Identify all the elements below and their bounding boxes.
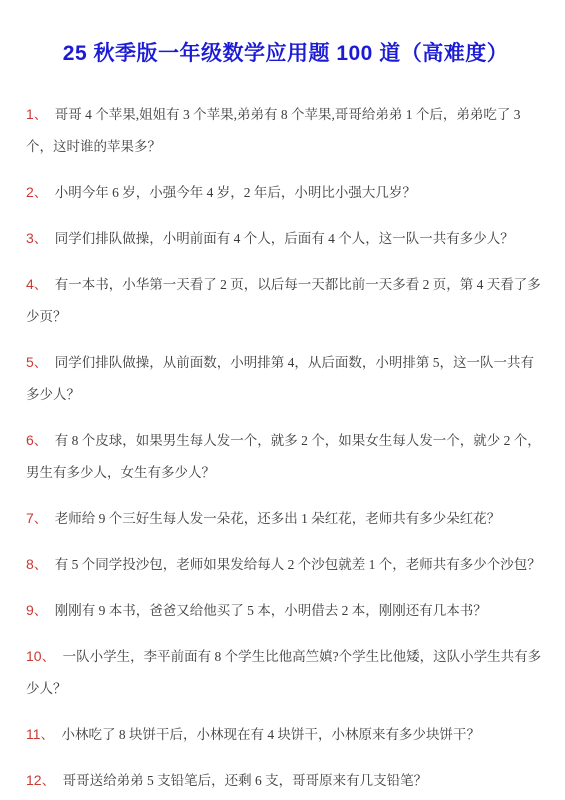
question-text: 哥哥 4 个苹果,姐姐有 3 个苹果,弟弟有 8 个苹果,哥哥给弟弟 1 个后，… (26, 107, 521, 154)
question-text: 同学们排队做操，小明前面有 4 个人，后面有 4 个人，这一队一共有多少人？ (55, 231, 514, 246)
question-number: 7、 (26, 510, 48, 526)
question-item-1: 1、哥哥 4 个苹果,姐姐有 3 个苹果,弟弟有 8 个苹果,哥哥给弟弟 1 个… (26, 98, 545, 163)
question-number: 11、 (26, 726, 55, 742)
question-text: 有 5 个同学投沙包，老师如果发给每人 2 个沙包就差 1 个，老师共有多少个沙… (55, 557, 541, 572)
question-number: 5、 (26, 354, 48, 370)
question-number: 12、 (26, 772, 56, 788)
question-number: 1、 (26, 106, 48, 122)
question-item-2: 2、小明今年 6 岁，小强今年 4 岁，2 年后，小明比小强大几岁？ (26, 176, 545, 209)
question-text: 一队小学生，李平前面有 8 个学生比他高竺嫃?个学生比他矮，这队小学生共有多少人… (26, 649, 541, 696)
question-item-9: 9、刚刚有 9 本书，爸爸又给他买了 5 本，小明借去 2 本，刚刚还有几本书？ (26, 594, 545, 627)
question-text: 有 8 个皮球，如果男生每人发一个，就多 2 个，如果女生每人发一个，就少 2 … (26, 433, 541, 480)
page-title: 25 秋季版一年级数学应用题 100 道（高难度） (26, 40, 545, 68)
question-number: 2、 (26, 184, 48, 200)
question-number: 3、 (26, 230, 48, 246)
question-number: 9、 (26, 602, 48, 618)
question-item-12: 12、哥哥送给弟弟 5 支铅笔后，还剩 6 支，哥哥原来有几支铅笔？ (26, 764, 545, 797)
question-text: 老师给 9 个三好生每人发一朵花，还多出 1 朵红花，老师共有多少朵红花？ (55, 511, 501, 526)
question-text: 有一本书，小华第一天看了 2 页，以后每一天都比前一天多看 2 页，第 4 天看… (26, 277, 541, 324)
question-list: 1、哥哥 4 个苹果,姐姐有 3 个苹果,弟弟有 8 个苹果,哥哥给弟弟 1 个… (26, 98, 545, 797)
question-item-8: 8、有 5 个同学投沙包，老师如果发给每人 2 个沙包就差 1 个，老师共有多少… (26, 548, 545, 581)
question-number: 10、 (26, 648, 56, 664)
question-text: 刚刚有 9 本书，爸爸又给他买了 5 本，小明借去 2 本，刚刚还有几本书？ (55, 603, 487, 618)
question-text: 同学们排队做操，从前面数，小明排第 4，从后面数，小明排第 5，这一队一共有多少… (26, 355, 534, 402)
question-text: 小林吃了 8 块饼干后，小林现在有 4 块饼干，小林原来有多少块饼干？ (62, 727, 481, 742)
question-text: 小明今年 6 岁，小强今年 4 岁，2 年后，小明比小强大几岁？ (55, 185, 416, 200)
question-item-4: 4、有一本书，小华第一天看了 2 页，以后每一天都比前一天多看 2 页，第 4 … (26, 268, 545, 333)
question-item-7: 7、老师给 9 个三好生每人发一朵花，还多出 1 朵红花，老师共有多少朵红花？ (26, 502, 545, 535)
question-item-6: 6、有 8 个皮球，如果男生每人发一个，就多 2 个，如果女生每人发一个，就少 … (26, 424, 545, 489)
question-item-5: 5、同学们排队做操，从前面数，小明排第 4，从后面数，小明排第 5，这一队一共有… (26, 346, 545, 411)
question-number: 4、 (26, 276, 48, 292)
question-item-10: 10、一队小学生，李平前面有 8 个学生比他高竺嫃?个学生比他矮，这队小学生共有… (26, 640, 545, 705)
question-item-11: 11、小林吃了 8 块饼干后，小林现在有 4 块饼干，小林原来有多少块饼干？ (26, 718, 545, 751)
question-text: 哥哥送给弟弟 5 支铅笔后，还剩 6 支，哥哥原来有几支铅笔？ (63, 773, 428, 788)
question-number: 6、 (26, 432, 48, 448)
question-number: 8、 (26, 556, 48, 572)
question-item-3: 3、同学们排队做操，小明前面有 4 个人，后面有 4 个人，这一队一共有多少人？ (26, 222, 545, 255)
worksheet-page: 25 秋季版一年级数学应用题 100 道（高难度） 1、哥哥 4 个苹果,姐姐有… (0, 0, 565, 800)
